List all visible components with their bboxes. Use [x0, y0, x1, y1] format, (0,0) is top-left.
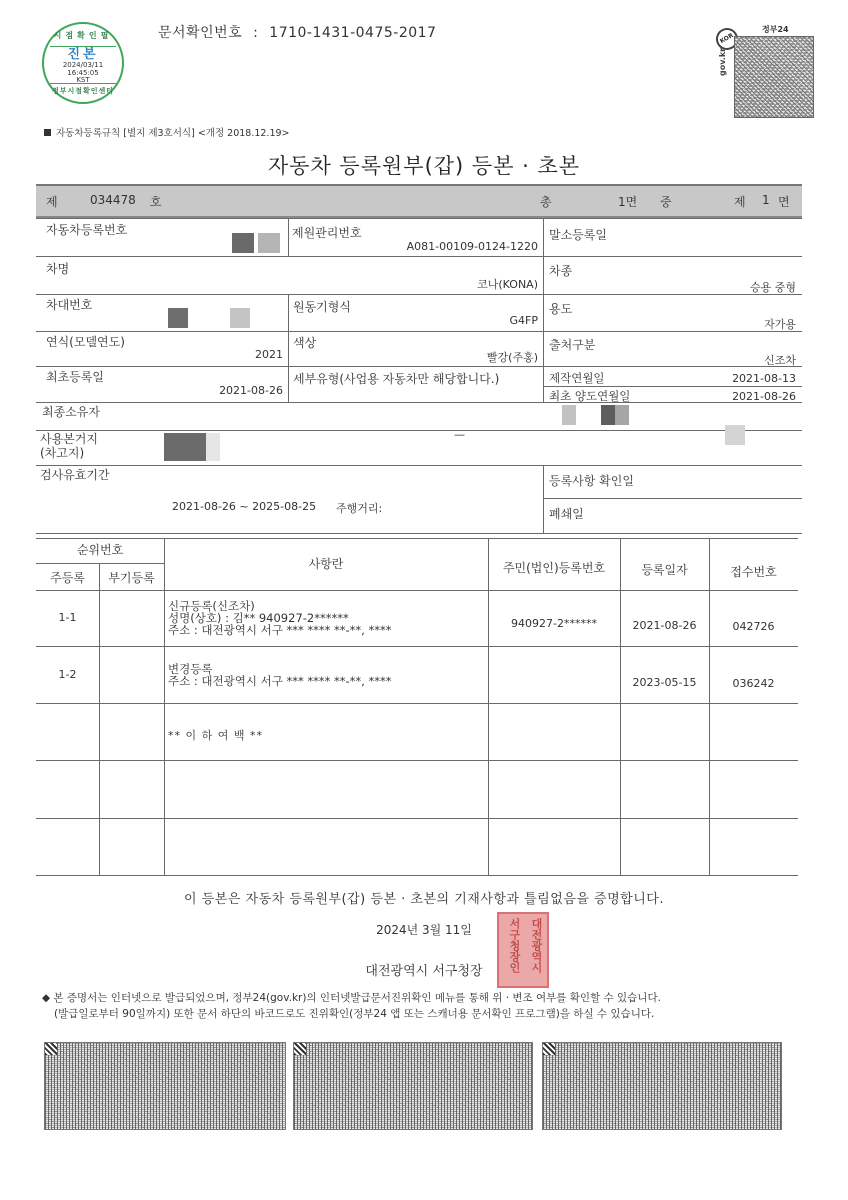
engine-value: G4FP [510, 314, 538, 327]
usage-value: 자가용 [764, 316, 796, 332]
origin-label: 출처구분 [549, 336, 595, 353]
redacted-block [230, 308, 250, 328]
mileage-label: 주행거리: [336, 500, 382, 516]
model-year-value: 2021 [255, 348, 283, 361]
redacted-block [725, 425, 745, 445]
header-sub-reg: 부기등록 [99, 569, 164, 586]
total-pages: 1면 [618, 193, 637, 210]
cancel-date-label: 말소등록일 [549, 226, 607, 243]
number-suffix: 호 [150, 193, 162, 210]
page-number: 1 [762, 193, 770, 207]
header-rank: 순위번호 [36, 541, 164, 558]
closed-date-label: 폐쇄일 [549, 505, 584, 522]
header-main-reg: 주등록 [36, 569, 99, 586]
stamp-col-2: 서구청장인 [501, 918, 521, 973]
first-reg-value: 2021-08-26 [219, 384, 283, 397]
garage-label-line2: (차고지) [40, 446, 98, 460]
number-prefix: 제 [46, 193, 58, 210]
redacted-block [601, 405, 615, 425]
redacted-reg-number [232, 233, 254, 253]
barcode-corner-icon [45, 1043, 57, 1055]
certification-text: 이 등본은 자동차 등록원부(갑) 등본 · 초본의 기재사항과 틀림없음을 증… [0, 888, 848, 907]
document-title: 자동차 등록원부(갑) 등본 · 초본 [0, 150, 848, 180]
header-receipt: 접수번호 [709, 563, 798, 580]
origin-value: 신조차 [764, 352, 796, 368]
notice-block: ◆ 본 증명서는 인터넷으로 발급되었으며, 정부24(gov.kr)의 인터넷… [42, 990, 822, 1022]
inspection-label: 검사유효기간 [40, 466, 110, 483]
total-label: 총 [540, 193, 552, 210]
barcode-2[interactable] [293, 1042, 533, 1130]
qr-label: 정부24 [762, 24, 789, 35]
mgmt-number-label: 제원관리번호 [292, 224, 362, 241]
middle-label: 중 [660, 193, 672, 210]
doc-check-separator: : [253, 25, 258, 41]
barcode-1[interactable] [44, 1042, 286, 1130]
confirm-date-label: 등록사항 확인일 [549, 472, 634, 489]
car-type-label: 차종 [549, 262, 572, 279]
qr-code-icon[interactable] [734, 36, 814, 118]
header-matter: 사항란 [164, 555, 488, 572]
garage-label: 사용본거지 (차고지) [40, 432, 98, 460]
page-label: 제 [734, 193, 746, 210]
first-transfer-label: 최초 양도연월일 [549, 388, 630, 404]
model-year-label: 연식(모델연도) [46, 333, 125, 350]
stamp-col-1: 대전광역시 [523, 918, 543, 973]
document-number: 034478 [90, 193, 136, 207]
mfg-date-value: 2021-08-13 [732, 372, 796, 385]
redacted-garage [164, 433, 206, 461]
seal-ring-bottom: 정부시점확인센터 [44, 86, 122, 96]
usage-label: 용도 [549, 300, 572, 317]
redacted-vin [168, 308, 188, 328]
seal-ring-top: 시점확인필 [44, 30, 122, 41]
notice-line-1: ◆ 본 증명서는 인터넷으로 발급되었으며, 정부24(gov.kr)의 인터넷… [42, 990, 822, 1006]
seal-main-text: 진본 [50, 48, 116, 62]
garage-label-line1: 사용본거지 [40, 432, 98, 446]
row-reg-date: 2021-08-26 [620, 619, 709, 632]
page-unit: 면 [778, 193, 790, 210]
form-reference: 자동차등록규칙 [별지 제3호서식] <개정 2018.12.19> [44, 125, 290, 139]
doc-check-label: 문서확인번호 [158, 25, 242, 41]
row-receipt: 036242 [709, 677, 798, 690]
qr-site: gov.kr [718, 48, 727, 76]
matter-line: 주소 : 대전광역시 서구 *** **** **-**, **** [168, 624, 392, 636]
car-name-label: 차명 [46, 260, 69, 277]
mgmt-number-value: A081-00109-0124-1220 [407, 240, 538, 253]
doc-check-value: 1710-1431-0475-2017 [269, 25, 436, 41]
redacted-block [258, 233, 280, 253]
issuer-name: 대전광역시 서구청장 [0, 960, 848, 979]
seal-timezone: KST [50, 77, 116, 85]
document-check-number: 문서확인번호 : 1710-1431-0475-2017 [158, 22, 436, 42]
end-of-records: ** 이 하 여 백 ** [168, 727, 263, 743]
row-main-reg: 1-1 [36, 611, 99, 624]
form-ref-text: 자동차등록규칙 [별지 제3호서식] <개정 2018.12.19> [56, 128, 290, 139]
car-type-value: 승용 중형 [750, 279, 796, 295]
mfg-date-label: 제작연월일 [549, 370, 605, 386]
engine-label: 원동기형식 [293, 298, 351, 315]
notice-line-2: (발급일로부터 90일까지) 또한 문서 하단의 바코드로도 진위확인(정부24… [42, 1006, 822, 1022]
matter-line: 주소 : 대전광역시 서구 *** **** **-**, **** [168, 675, 392, 687]
redacted-owner [562, 405, 576, 425]
header-reg-date: 등록일자 [620, 561, 709, 578]
vin-label: 차대번호 [46, 296, 92, 313]
qr-code-block: KOR 정부24 gov.kr [716, 24, 816, 120]
row-matter: 변경등록 주소 : 대전광역시 서구 *** **** **-**, **** [168, 663, 392, 687]
inspection-period: 2021-08-26 ~ 2025-08-25 [172, 500, 316, 513]
row-matter: 신규등록(신조차) 성명(상호) : 김** 940927-2****** 주소… [168, 600, 392, 636]
car-name-value: 코나(KONA) [477, 276, 538, 292]
redacted-block [206, 433, 220, 461]
garage-dash: — [454, 428, 465, 441]
barcode-corner-icon [543, 1043, 555, 1055]
row-reg-date: 2023-05-15 [620, 676, 709, 689]
reg-number-label: 자동차등록번호 [46, 221, 127, 238]
issue-date: 2024년 3월 11일 [0, 921, 848, 938]
barcode-corner-icon [294, 1043, 306, 1055]
row-id-number: 940927-2****** [488, 617, 620, 630]
seal-band: 진본 2024/03/11 16:45:05 KST [50, 46, 116, 84]
official-seal-stamp: 대전광역시 서구청장인 [497, 912, 549, 988]
header-id-number: 주민(법인)등록번호 [488, 559, 620, 576]
barcode-3[interactable] [542, 1042, 782, 1130]
first-transfer-value: 2021-08-26 [732, 390, 796, 403]
sub-type-label: 세부유형(사업용 자동차만 해당합니다.) [293, 370, 499, 387]
color-value: 빨강(주홍) [487, 349, 538, 365]
authenticity-seal: 시점확인필 진본 2024/03/11 16:45:05 KST 정부시점확인센… [42, 22, 124, 104]
color-label: 색상 [293, 334, 316, 351]
redacted-block [615, 405, 629, 425]
first-reg-label: 최초등록일 [46, 368, 104, 385]
owner-label: 최종소유자 [42, 403, 100, 420]
square-bullet-icon [44, 129, 51, 136]
document-number-bar: 제 034478 호 총 1면 중 제 1 면 [36, 184, 802, 218]
row-receipt: 042726 [709, 620, 798, 633]
row-main-reg: 1-2 [36, 668, 99, 681]
